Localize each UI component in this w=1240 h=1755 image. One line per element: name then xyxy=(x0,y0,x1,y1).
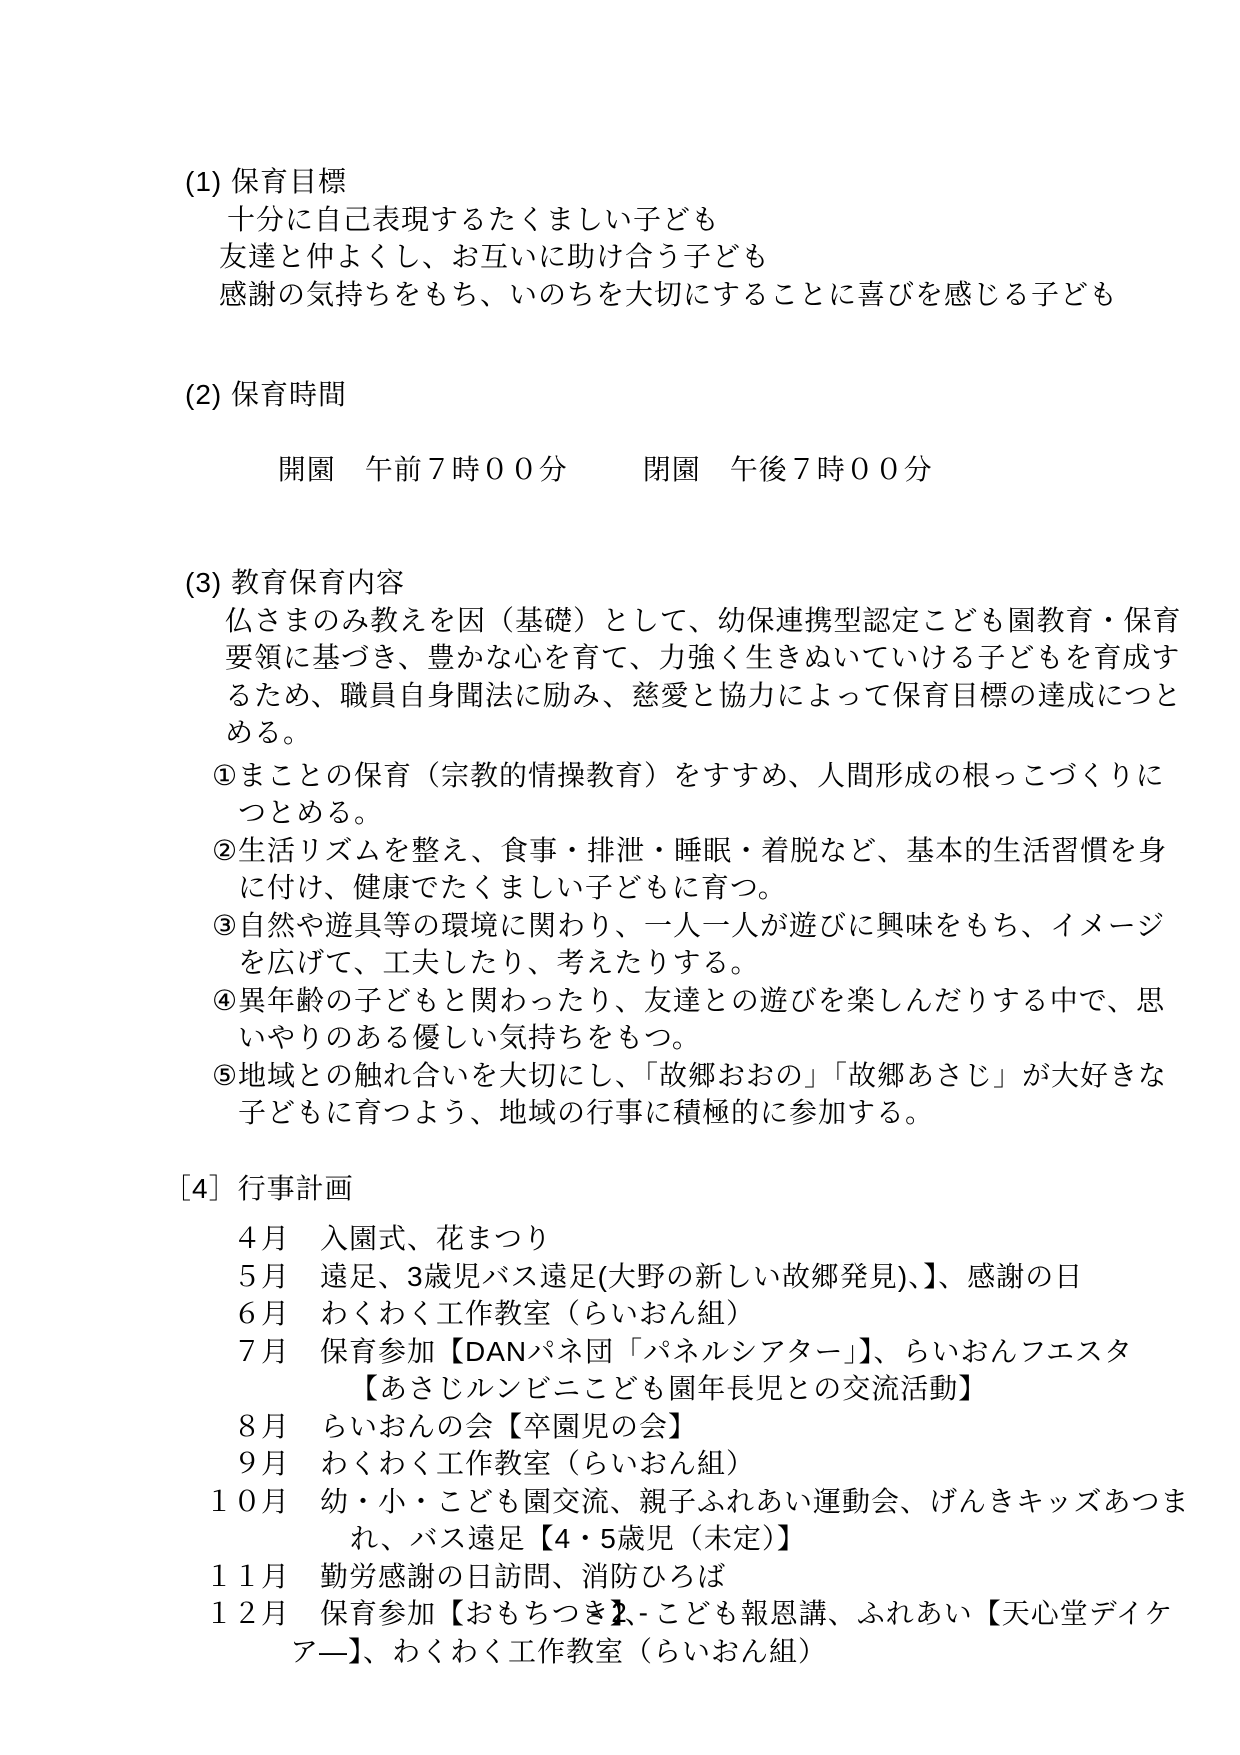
numbered-item-2: ② 生活リズムを整え、食事・排泄・睡眠・着脱など、基本的生活習慣を身 に付け、健… xyxy=(212,832,1200,907)
numbered-item-1: ① まことの保育（宗教的情操教育）をすすめ、人間形成の根っこづくりに つとめる。 xyxy=(212,757,1200,832)
item-text: 異年齢の子どもと関わったり、友達との遊びを楽しんだりする中で、思 いやりのある優… xyxy=(238,982,1165,1057)
event-row-june: ６月 わくわく工作教室（らいおん組） xyxy=(205,1295,1200,1333)
event-month: １０月 xyxy=(205,1483,289,1521)
open-hours-label: 開園 午前７時００分 xyxy=(278,454,568,485)
item-2-line-2: に付け、健康でたくましい子どもに育つ。 xyxy=(238,869,1167,907)
item-marker-3: ③ xyxy=(212,907,238,945)
section-4-heading: ［4］行事計画 xyxy=(163,1170,1200,1208)
event-row-november: １１月 勤労感謝の日訪問、消防ひろば xyxy=(205,1558,1200,1596)
item-marker-4: ④ xyxy=(212,982,238,1020)
close-hours-label: 閉園 午後７時００分 xyxy=(643,454,933,485)
item-text: 地域との触れ合いを大切にし、「故郷おおの」「故郷あさじ」が大好きな 子どもに育つ… xyxy=(238,1057,1167,1132)
intro-line-3: るため、職員自身聞法に励み、慈愛と協力によって保育目標の達成につと xyxy=(225,677,1200,715)
event-text: 保育参加【DANパネ団「パネルシアター」】、らいおんフエスタ xyxy=(320,1333,1133,1371)
event-text-continuation: ア―】、わくわく工作教室（らいおん組） xyxy=(290,1633,1200,1671)
numbered-item-4: ④ 異年齢の子どもと関わったり、友達との遊びを楽しんだりする中で、思 いやりのあ… xyxy=(212,982,1200,1057)
event-text: 勤労感謝の日訪問、消防ひろば xyxy=(320,1558,726,1596)
event-month: ６月 xyxy=(205,1295,289,1333)
intro-line-1: 仏さまのみ教えを因（基礎）として、幼保連携型認定こども園教育・保育 xyxy=(225,602,1200,640)
intro-line-4: める。 xyxy=(225,714,1200,752)
item-5-line-2: 子どもに育つよう、地域の行事に積極的に参加する。 xyxy=(238,1094,1167,1132)
numbered-item-list: ① まことの保育（宗教的情操教育）をすすめ、人間形成の根っこづくりに つとめる。… xyxy=(163,757,1200,1132)
event-row-april: ４月 入園式、花まつり xyxy=(205,1220,1200,1258)
goal-line-1: 十分に自己表現するたくましい子ども xyxy=(227,201,1200,239)
event-text-continuation: れ、バス遠足【4・5歳児（未定）】 xyxy=(350,1520,1200,1558)
event-row-july: ７月 保育参加【DANパネ団「パネルシアター」】、らいおんフエスタ xyxy=(205,1333,1200,1371)
item-text: まことの保育（宗教的情操教育）をすすめ、人間形成の根っこづくりに つとめる。 xyxy=(238,757,1165,832)
event-month: ８月 xyxy=(205,1408,289,1446)
event-row-september: ９月 わくわく工作教室（らいおん組） xyxy=(205,1445,1200,1483)
goal-line-3: 感謝の気持ちをもち、いのちを大切にすることに喜びを感じる子ども xyxy=(219,276,1200,314)
event-text: わくわく工作教室（らいおん組） xyxy=(320,1445,755,1483)
item-marker-2: ② xyxy=(212,832,238,870)
event-text: 入園式、花まつり xyxy=(320,1220,552,1258)
intro-line-2: 要領に基づき、豊かな心を育て、力強く生きぬいていける子どもを育成す xyxy=(225,639,1200,677)
event-row-october: １０月 幼・小・こども園交流、親子ふれあい運動会、げんきキッズあつま xyxy=(205,1483,1200,1521)
numbered-item-5: ⑤ 地域との触れ合いを大切にし、「故郷おおの」「故郷あさじ」が大好きな 子どもに… xyxy=(212,1057,1200,1132)
event-text: らいおんの会【卒園児の会】 xyxy=(320,1408,697,1446)
event-row-august: ８月 らいおんの会【卒園児の会】 xyxy=(205,1408,1200,1446)
item-3-line-2: を広げて、工夫したり、考えたりする。 xyxy=(238,944,1165,982)
section-3-heading: (3) 教育保育内容 xyxy=(185,564,1200,602)
item-4-line-1: 異年齢の子どもと関わったり、友達との遊びを楽しんだりする中で、思 xyxy=(238,982,1165,1020)
event-month: ７月 xyxy=(205,1333,289,1371)
event-text-continuation: 【あさじルンビニこども園年長児との交流活動】 xyxy=(350,1370,1200,1408)
item-5-line-1: 地域との触れ合いを大切にし、「故郷おおの」「故郷あさじ」が大好きな xyxy=(238,1057,1167,1095)
item-marker-5: ⑤ xyxy=(212,1057,238,1095)
event-row-may: ５月 遠足、3歳児バス遠足(大野の新しい故郷発見)、】、感謝の日 xyxy=(205,1258,1200,1296)
section-1-heading: (1) 保育目標 xyxy=(185,163,1200,201)
numbered-item-3: ③ 自然や遊具等の環境に関わり、一人一人が遊びに興味をもち、イメージ を広げて、… xyxy=(212,907,1200,982)
item-4-line-2: いやりのある優しい気持ちをもつ。 xyxy=(238,1019,1165,1057)
event-month: １１月 xyxy=(205,1558,289,1596)
event-text: 遠足、3歳児バス遠足(大野の新しい故郷発見)、】、感謝の日 xyxy=(320,1258,1083,1296)
event-month: ５月 xyxy=(205,1258,289,1296)
event-month: ４月 xyxy=(205,1220,289,1258)
item-text: 生活リズムを整え、食事・排泄・睡眠・着脱など、基本的生活習慣を身 に付け、健康で… xyxy=(238,832,1167,907)
item-text: 自然や遊具等の環境に関わり、一人一人が遊びに興味をもち、イメージ を広げて、工夫… xyxy=(238,907,1165,982)
section-2-heading: (2) 保育時間 xyxy=(185,376,1200,414)
document-content: (1) 保育目標 十分に自己表現するたくましい子ども 友達と仲よくし、お互いに助… xyxy=(163,163,1200,1670)
event-month: ９月 xyxy=(205,1445,289,1483)
hours-line: 開園 午前７時００分閉園 午後７時００分 xyxy=(225,414,1200,527)
item-1-line-1: まことの保育（宗教的情操教育）をすすめ、人間形成の根っこづくりに xyxy=(238,757,1165,795)
item-2-line-1: 生活リズムを整え、食事・排泄・睡眠・着脱など、基本的生活習慣を身 xyxy=(238,832,1167,870)
document-page: (1) 保育目標 十分に自己表現するたくましい子ども 友達と仲よくし、お互いに助… xyxy=(0,0,1240,1755)
item-3-line-1: 自然や遊具等の環境に関わり、一人一人が遊びに興味をもち、イメージ xyxy=(238,907,1165,945)
page-number: - 2 - xyxy=(0,1594,1240,1632)
event-text: 幼・小・こども園交流、親子ふれあい運動会、げんきキッズあつま xyxy=(320,1483,1189,1521)
event-text: わくわく工作教室（らいおん組） xyxy=(320,1295,755,1333)
item-1-line-2: つとめる。 xyxy=(238,794,1165,832)
item-marker-1: ① xyxy=(212,757,238,795)
goal-line-2: 友達と仲よくし、お互いに助け合う子ども xyxy=(219,238,1200,276)
